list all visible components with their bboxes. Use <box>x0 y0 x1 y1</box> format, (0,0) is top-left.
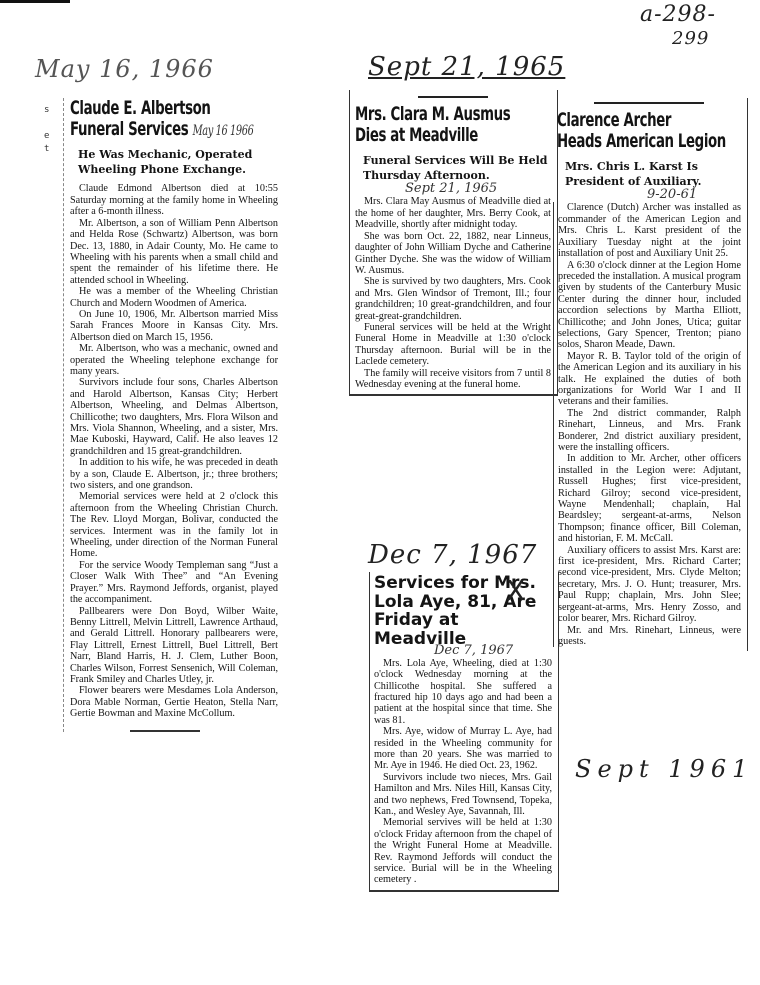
subheadline: Funeral Services Will Be Held Thursday A… <box>363 154 551 184</box>
margin-letters: s e t <box>44 104 49 156</box>
paragraph: Flower bearers were Mesdames Lola Anders… <box>70 685 278 719</box>
inline-handwritten-date: 9-20-61 <box>647 187 741 202</box>
paragraph: He was a member of the Wheeling Christia… <box>70 286 278 309</box>
catalog-number-2: 299 <box>672 28 709 49</box>
top-rule <box>418 96 488 98</box>
paragraph: Funeral services will be held at the Wri… <box>355 322 551 368</box>
headline: Mrs. Clara M. Ausmus Dies at Meadville <box>355 104 551 146</box>
paragraph: The 2nd district commander, Ralph Rineha… <box>558 408 741 454</box>
catalog-number: a-298- <box>640 2 716 27</box>
paragraph: Pallbearers were Don Boyd, Wilber Waite,… <box>70 606 278 686</box>
inline-handwritten-date: Dec 7, 1967 <box>434 643 552 658</box>
paragraph: Auxiliary officers to assist Mrs. Karst … <box>558 545 741 625</box>
scan-edge-mark <box>0 0 70 3</box>
paragraph: Mrs. Clara May Ausmus of Meadville died … <box>355 196 551 230</box>
paragraph: Mayor R. B. Taylor told of the origin of… <box>558 351 741 408</box>
handwritten-date-may-1966: May 16, 1966 <box>35 55 214 83</box>
paragraph: The family will receive visitors from 7 … <box>355 368 551 391</box>
clipping-ausmus: Mrs. Clara M. Ausmus Dies at Meadville F… <box>349 90 558 396</box>
headline: Services for Mrs. Lola Aye, 81, Are Frid… <box>374 574 552 649</box>
paragraph: Survivors include four sons, Charles Alb… <box>70 377 278 457</box>
handwritten-x-mark: X <box>506 574 525 607</box>
paragraph: Mrs. Lola Aye, Wheeling, died at 1:30 o'… <box>374 658 552 726</box>
paragraph: Claude Edmond Albertson died at 10:55 Sa… <box>70 183 278 217</box>
paragraph: Memorial servives will be held at 1:30 o… <box>374 817 552 885</box>
paragraph: Memorial services were held at 2 o'clock… <box>70 491 278 559</box>
subheadline: He Was Mechanic, Operated Wheeling Phone… <box>78 148 278 178</box>
handwritten-date-dec-1967: Dec 7, 1967 <box>368 540 537 570</box>
inline-handwritten-date: May 16 1966 <box>193 123 254 139</box>
subheadline: Mrs. Chris L. Karst Is President of Auxi… <box>565 160 741 190</box>
inline-handwritten-date: Sept 21, 1965 <box>405 181 551 196</box>
paragraph: Mrs. Aye, widow of Murray L. Aye, had re… <box>374 726 552 772</box>
paragraph: A 6:30 o'clock dinner at the Legion Home… <box>558 260 741 351</box>
paragraph: On June 10, 1906, Mr. Albertson married … <box>70 309 278 343</box>
end-rule <box>130 730 200 732</box>
headline: Clarence Archer Heads American Legion <box>557 110 741 152</box>
clipping-archer: Clarence Archer Heads American Legion Mr… <box>553 98 748 651</box>
paragraph: She was born Oct. 22, 1882, near Linneus… <box>355 231 551 277</box>
paragraph: Clarence (Dutch) Archer was installed as… <box>558 202 741 259</box>
clipping-aye: Services for Mrs. Lola Aye, 81, Are Frid… <box>369 572 559 892</box>
paragraph: Mr. and Mrs. Rinehart, Linneus, were gue… <box>558 625 741 648</box>
paragraph: Survivors include two nieces, Mrs. Gail … <box>374 772 552 818</box>
paragraph: In addition to Mr. Archer, other officer… <box>558 453 741 544</box>
handwritten-date-sept-1961: Sept 1961 <box>575 755 753 783</box>
paragraph: She is survived by two daughters, Mrs. C… <box>355 276 551 322</box>
top-rule <box>594 102 704 104</box>
paragraph: Mr. Albertson, a son of William Penn Alb… <box>70 218 278 286</box>
article-body: Clarence (Dutch) Archer was installed as… <box>553 202 741 647</box>
paragraph: In addition to his wife, he was preceded… <box>70 457 278 491</box>
paragraph: For the service Woody Templeman sang “Ju… <box>70 560 278 606</box>
paragraph: Mr. Albertson, who was a mechanic, owned… <box>70 343 278 377</box>
headline: Claude E. Albertson Funeral Services May… <box>70 98 278 140</box>
handwritten-date-sept-1965: Sept 21, 1965 <box>368 52 565 82</box>
clipping-albertson: s e t Claude E. Albertson Funeral Servic… <box>63 98 278 732</box>
